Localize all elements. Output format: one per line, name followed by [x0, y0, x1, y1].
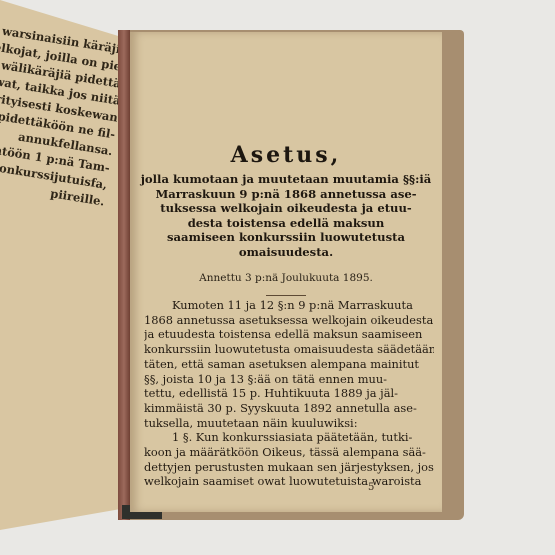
body-line: koon ja määrätköön Oikeus, tässä alempan…: [144, 445, 434, 460]
body-line: dettyjen perustusten mukaan sen järjesty…: [144, 460, 434, 475]
body-line: täten, että saman asetuksen alempana mai…: [144, 357, 434, 372]
body-line: Kumoten 11 ja 12 §:n 9 p:nä Marraskuuta: [144, 298, 434, 313]
body-line: kimmäistä 30 p. Syyskuuta 1892 annetulla…: [144, 401, 434, 416]
body-line: welkojain saamiset owat luowutetuista wa…: [144, 474, 434, 489]
subtitle-line: desta toistensa edellä maksun: [138, 216, 434, 231]
subtitle-line: Marraskuun 9 p:nä 1868 annetussa ase-: [138, 187, 434, 202]
body-line: tettu, edellistä 15 p. Huhtikuuta 1889 j…: [144, 386, 434, 401]
divider: [266, 295, 306, 296]
body-line: ja etuudesta toistensa edellä maksun saa…: [144, 327, 434, 342]
body-line: §§, joista 10 ja 13 §:ää on tätä ennen m…: [144, 372, 434, 387]
decree-body: Kumoten 11 ja 12 §:n 9 p:nä Marraskuuta …: [144, 298, 434, 489]
decree-subtitle: jolla kumotaan ja muutetaan muutamia §§:…: [138, 172, 434, 259]
subtitle-line: jolla kumotaan ja muutetaan muutamia §§:…: [138, 172, 434, 187]
subtitle-line: saamiseen konkurssiin luowutetusta: [138, 230, 434, 245]
body-line: 1868 annetussa asetuksessa welkojain oik…: [144, 313, 434, 328]
body-line: tuksella, muutetaan näin kuuluwiksi:: [144, 416, 434, 431]
right-page: Asetus, jolla kumotaan ja muutetaan muut…: [130, 32, 442, 512]
subtitle-line: omaisuudesta.: [138, 245, 434, 260]
decree-date: Annettu 3 p:nä Joulukuuta 1895.: [130, 272, 442, 284]
decree-title: Asetus,: [130, 142, 442, 168]
body-line: 1 §. Kun konkurssiasiata päätetään, tutk…: [144, 430, 434, 445]
page-number: 5: [368, 482, 374, 493]
subtitle-line: tuksessa welkojain oikeudesta ja etuu-: [138, 201, 434, 216]
book-binding-spine: [118, 30, 130, 520]
body-line: konkurssiin luowutetusta omaisuudesta sä…: [144, 342, 434, 357]
left-page: ... n warsinaisiin käräjiin. elkojat, jo…: [0, 0, 122, 530]
left-page-text: ... n warsinaisiin käräjiin. elkojat, jo…: [0, 4, 122, 211]
